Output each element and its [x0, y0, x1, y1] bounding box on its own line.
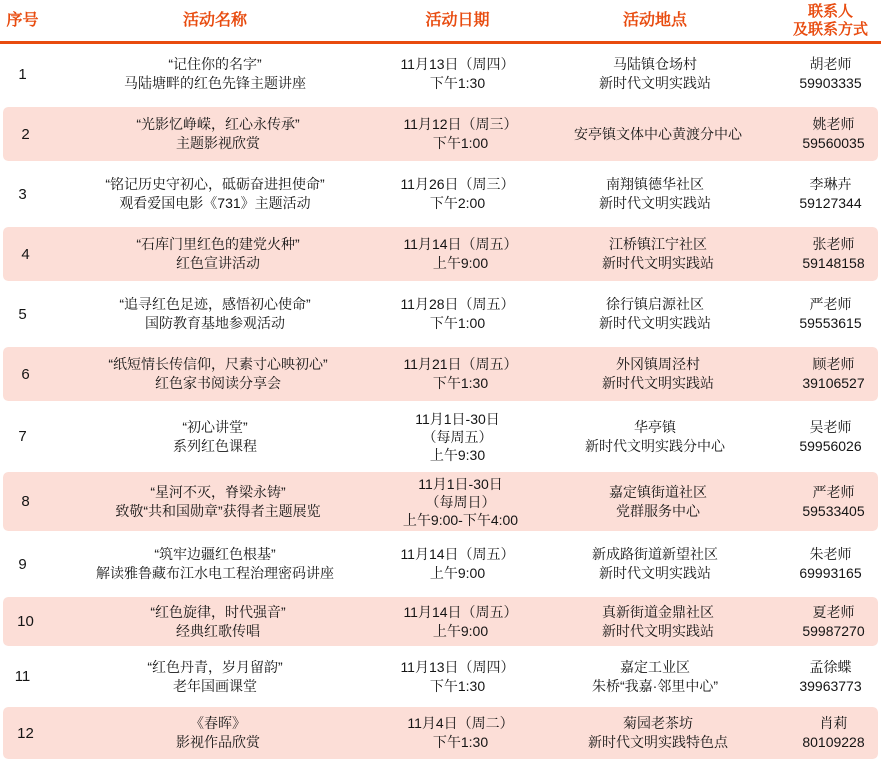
text-line: 上午9:00 [390, 622, 531, 641]
row-number: 6 [3, 365, 48, 384]
activity-name: “铭记历史守初心，砥砺奋进担使命”观看爱国电影《731》主题活动 [45, 175, 385, 213]
text-line: 南翔镇德华社区 [532, 175, 778, 194]
table-row: 8“星河不灭，脊梁永铸”致敬“共和国勋章”获得者主题展览11月1日-30日（每周… [0, 469, 881, 534]
table-row: 1“记住你的名字”马陆塘畔的红色先锋主题讲座11月13日（周四）下午1:30马陆… [0, 44, 881, 104]
text-line: （每周五） [387, 428, 528, 446]
activity-place: 南翔镇德华社区新时代文明实践站 [530, 175, 780, 213]
header-col-name: 活动名称 [45, 11, 385, 30]
text-line: 朱桥“我嘉·邻里中心” [532, 677, 778, 696]
text-line: 11 [2, 667, 43, 686]
text-line: “石库门里红色的建党火种” [50, 235, 386, 254]
text-line: 江桥镇江宁社区 [535, 235, 781, 254]
contact-info: 张老师59148158 [783, 235, 881, 273]
activity-date: 11月13日（周四）下午1:30 [385, 658, 530, 696]
contact-info: 肖莉80109228 [783, 714, 881, 752]
text-line: 59903335 [782, 74, 879, 93]
text-line: 李琳卉 [782, 175, 879, 194]
row-number: 12 [3, 724, 48, 743]
contact-info: 顾老师39106527 [783, 355, 881, 393]
text-line: 2 [5, 125, 46, 144]
table-header: 序号 活动名称 活动日期 活动地点 联系人 及联系方式 [0, 0, 881, 41]
text-line: “铭记历史守初心，砥砺奋进担使命” [47, 175, 383, 194]
activity-place: 外冈镇周泾村新时代文明实践站 [533, 355, 783, 393]
row-number: 10 [3, 612, 48, 631]
text-line: 《春晖》 [50, 714, 386, 733]
text-line: 11月12日（周三） [390, 115, 531, 134]
text-line: 吴老师 [782, 418, 879, 437]
contact-info: 吴老师59956026 [780, 418, 881, 456]
text-line: 严老师 [782, 295, 879, 314]
text-line: 59560035 [785, 134, 881, 153]
text-line: 4 [5, 245, 46, 264]
table-row: 12《春晖》影视作品欣赏11月4日（周二）下午1:30菊园老茶坊新时代文明实践特… [0, 704, 881, 762]
text-line: 新时代文明实践站 [535, 622, 781, 641]
text-line: 6 [5, 365, 46, 384]
row-number: 5 [0, 305, 45, 324]
text-line: 顾老师 [785, 355, 881, 374]
activity-date: 11月14日（周五）上午9:00 [388, 603, 533, 641]
text-line: 朱老师 [782, 545, 879, 564]
text-line: 11月13日（周四） [387, 55, 528, 74]
activity-name: “星河不灭，脊梁永铸”致敬“共和国勋章”获得者主题展览 [48, 483, 388, 521]
activity-date: 11月28日（周五）下午1:00 [385, 295, 530, 333]
header-contact-line2: 及联系方式 [780, 21, 881, 39]
text-line: “追寻红色足迹，感悟初心使命” [47, 295, 383, 314]
text-line: 69993165 [782, 564, 879, 583]
activity-date: 11月14日（周五）上午9:00 [388, 235, 533, 273]
text-line: 下午1:30 [387, 74, 528, 93]
text-line: 9 [2, 555, 43, 574]
activity-name: “追寻红色足迹，感悟初心使命”国防教育基地参观活动 [45, 295, 385, 333]
text-line: 马陆塘畔的红色先锋主题讲座 [47, 74, 383, 93]
text-line: 新时代文明实践站 [535, 374, 781, 393]
text-line: 夏老师 [785, 603, 881, 622]
text-line: 嘉定镇街道社区 [535, 483, 781, 502]
text-line: 姚老师 [785, 115, 881, 134]
text-line: 致敬“共和国勋章”获得者主题展览 [50, 502, 386, 521]
text-line: 菊园老茶坊 [535, 714, 781, 733]
text-line: 59956026 [782, 437, 879, 456]
row-number: 8 [3, 492, 48, 511]
activity-place: 新成路街道新望社区新时代文明实践站 [530, 545, 780, 583]
text-line: 8 [5, 492, 46, 511]
text-line: 红色家书阅读分享会 [50, 374, 386, 393]
text-line: 11月13日（周四） [387, 658, 528, 677]
activity-place: 菊园老茶坊新时代文明实践特色点 [533, 714, 783, 752]
activity-date: 11月14日（周五）上午9:00 [385, 545, 530, 583]
activity-name: “纸短情长传信仰，尺素寸心映初心”红色家书阅读分享会 [48, 355, 388, 393]
text-line: 真新街道金鼎社区 [535, 603, 781, 622]
text-line: 7 [2, 427, 43, 446]
text-line: 观看爱国电影《731》主题活动 [47, 194, 383, 213]
text-line: 11月1日-30日 [387, 410, 528, 428]
activity-place: 真新街道金鼎社区新时代文明实践站 [533, 603, 783, 641]
text-line: 胡老师 [782, 55, 879, 74]
text-line: 下午1:30 [387, 677, 528, 696]
text-line: 下午1:30 [390, 733, 531, 752]
text-line: 华亭镇 [532, 418, 778, 437]
activity-name: “石库门里红色的建党火种”红色宣讲活动 [48, 235, 388, 273]
text-line: 12 [5, 724, 46, 743]
text-line: 1 [2, 65, 43, 84]
table-row: 9“筑牢边疆红色根基”解读雅鲁藏布江水电工程治理密码讲座11月14日（周五）上午… [0, 534, 881, 594]
text-line: 下午2:00 [387, 194, 528, 213]
text-line: 5 [2, 305, 43, 324]
activity-date: 11月4日（周二）下午1:30 [388, 714, 533, 752]
text-line: 张老师 [785, 235, 881, 254]
activity-date: 11月13日（周四）下午1:30 [385, 55, 530, 93]
contact-info: 严老师59533405 [783, 483, 881, 521]
text-line: 外冈镇周泾村 [535, 355, 781, 374]
activity-schedule-table: 序号 活动名称 活动日期 活动地点 联系人 及联系方式 1“记住你的名字”马陆塘… [0, 0, 881, 763]
text-line: “初心讲堂” [47, 418, 383, 437]
text-line: 59553615 [782, 314, 879, 333]
activity-date: 11月1日-30日（每周五）上午9:30 [385, 410, 530, 464]
activity-date: 11月12日（周三）下午1:00 [388, 115, 533, 153]
contact-info: 李琳卉59127344 [780, 175, 881, 213]
text-line: 孟徐蝶 [782, 658, 879, 677]
activity-place: 徐行镇启源社区新时代文明实践站 [530, 295, 780, 333]
text-line: 解读雅鲁藏布江水电工程治理密码讲座 [47, 564, 383, 583]
activity-date: 11月21日（周五）下午1:30 [388, 355, 533, 393]
text-line: 老年国画课堂 [47, 677, 383, 696]
text-line: 11月1日-30日 [390, 475, 531, 493]
text-line: 上午9:30 [387, 446, 528, 464]
row-number: 11 [0, 667, 45, 686]
activity-date: 11月1日-30日（每周日）上午9:00-下午4:00 [388, 475, 533, 529]
activity-date: 11月26日（周三）下午2:00 [385, 175, 530, 213]
text-line: 80109228 [785, 733, 881, 752]
contact-info: 夏老师59987270 [783, 603, 881, 641]
text-line: 11月4日（周二） [390, 714, 531, 733]
activity-place: 嘉定工业区朱桥“我嘉·邻里中心” [530, 658, 780, 696]
activity-name: “红色旋律，时代强音”经典红歌传唱 [48, 603, 388, 641]
activity-place: 嘉定镇街道社区党群服务中心 [533, 483, 783, 521]
text-line: 安亭镇文体中心黄渡分中心 [535, 125, 781, 144]
text-line: 11月26日（周三） [387, 175, 528, 194]
table-row: 7“初心讲堂”系列红色课程11月1日-30日（每周五）上午9:30华亭镇新时代文… [0, 404, 881, 469]
text-line: “红色旋律，时代强音” [50, 603, 386, 622]
row-number: 3 [0, 185, 45, 204]
text-line: 新时代文明实践站 [532, 194, 778, 213]
header-col-place: 活动地点 [530, 11, 780, 30]
text-line: 59987270 [785, 622, 881, 641]
contact-info: 朱老师69993165 [780, 545, 881, 583]
text-line: 肖莉 [785, 714, 881, 733]
row-number: 2 [3, 125, 48, 144]
text-line: “红色丹青，岁月留韵” [47, 658, 383, 677]
table-row: 5“追寻红色足迹，感悟初心使命”国防教育基地参观活动11月28日（周五）下午1:… [0, 284, 881, 344]
text-line: 11月28日（周五） [387, 295, 528, 314]
activity-name: 《春晖》影视作品欣赏 [48, 714, 388, 752]
text-line: 系列红色课程 [47, 437, 383, 456]
activity-place: 华亭镇新时代文明实践分中心 [530, 418, 780, 456]
text-line: 新时代文明实践站 [532, 314, 778, 333]
header-col-contact: 联系人 及联系方式 [780, 3, 881, 39]
text-line: 3 [2, 185, 43, 204]
text-line: “星河不灭，脊梁永铸” [50, 483, 386, 502]
text-line: 新时代文明实践分中心 [532, 437, 778, 456]
row-number: 9 [0, 555, 45, 574]
text-line: 上午9:00 [387, 564, 528, 583]
text-line: 上午9:00 [390, 254, 531, 273]
activity-name: “红色丹青，岁月留韵”老年国画课堂 [45, 658, 385, 696]
text-line: 59533405 [785, 502, 881, 521]
text-line: 党群服务中心 [535, 502, 781, 521]
text-line: 39963773 [782, 677, 879, 696]
header-col-no: 序号 [0, 11, 45, 30]
row-number: 7 [0, 427, 45, 446]
activity-name: “记住你的名字”马陆塘畔的红色先锋主题讲座 [45, 55, 385, 93]
table-row: 11“红色丹青，岁月留韵”老年国画课堂11月13日（周四）下午1:30嘉定工业区… [0, 649, 881, 704]
header-contact-line1: 联系人 [780, 3, 881, 21]
text-line: 新时代文明实践特色点 [535, 733, 781, 752]
table-row: 10“红色旋律，时代强音”经典红歌传唱11月14日（周五）上午9:00真新街道金… [0, 594, 881, 649]
text-line: 10 [5, 612, 46, 631]
activity-place: 马陆镇仓场村新时代文明实践站 [530, 55, 780, 93]
text-line: 新成路街道新望社区 [532, 545, 778, 564]
text-line: “纸短情长传信仰，尺素寸心映初心” [50, 355, 386, 374]
text-line: 主题影视欣赏 [50, 134, 386, 153]
text-line: “筑牢边疆红色根基” [47, 545, 383, 564]
table-body: 1“记住你的名字”马陆塘畔的红色先锋主题讲座11月13日（周四）下午1:30马陆… [0, 44, 881, 762]
text-line: 11月14日（周五） [390, 603, 531, 622]
table-row: 6“纸短情长传信仰，尺素寸心映初心”红色家书阅读分享会11月21日（周五）下午1… [0, 344, 881, 404]
activity-name: “光影忆峥嵘，红心永传承”主题影视欣赏 [48, 115, 388, 153]
text-line: 上午9:00-下午4:00 [390, 511, 531, 529]
text-line: 11月14日（周五） [390, 235, 531, 254]
text-line: 严老师 [785, 483, 881, 502]
text-line: 徐行镇启源社区 [532, 295, 778, 314]
text-line: 影视作品欣赏 [50, 733, 386, 752]
text-line: 下午1:30 [390, 374, 531, 393]
text-line: “光影忆峥嵘，红心永传承” [50, 115, 386, 134]
contact-info: 严老师59553615 [780, 295, 881, 333]
text-line: 下午1:00 [390, 134, 531, 153]
text-line: 39106527 [785, 374, 881, 393]
activity-name: “筑牢边疆红色根基”解读雅鲁藏布江水电工程治理密码讲座 [45, 545, 385, 583]
row-number: 4 [3, 245, 48, 264]
table-row: 3“铭记历史守初心，砥砺奋进担使命”观看爱国电影《731》主题活动11月26日（… [0, 164, 881, 224]
contact-info: 胡老师59903335 [780, 55, 881, 93]
table-row: 4“石库门里红色的建党火种”红色宣讲活动11月14日（周五）上午9:00江桥镇江… [0, 224, 881, 284]
text-line: “记住你的名字” [47, 55, 383, 74]
contact-info: 姚老师59560035 [783, 115, 881, 153]
activity-place: 安亭镇文体中心黄渡分中心 [533, 125, 783, 144]
table-row: 2“光影忆峥嵘，红心永传承”主题影视欣赏11月12日（周三）下午1:00安亭镇文… [0, 104, 881, 164]
text-line: 国防教育基地参观活动 [47, 314, 383, 333]
text-line: 新时代文明实践站 [532, 564, 778, 583]
contact-info: 孟徐蝶39963773 [780, 658, 881, 696]
activity-place: 江桥镇江宁社区新时代文明实践站 [533, 235, 783, 273]
row-number: 1 [0, 65, 45, 84]
text-line: 59127344 [782, 194, 879, 213]
text-line: 新时代文明实践站 [532, 74, 778, 93]
text-line: 嘉定工业区 [532, 658, 778, 677]
text-line: 11月14日（周五） [387, 545, 528, 564]
text-line: 11月21日（周五） [390, 355, 531, 374]
text-line: 59148158 [785, 254, 881, 273]
text-line: 马陆镇仓场村 [532, 55, 778, 74]
text-line: （每周日） [390, 493, 531, 511]
text-line: 下午1:00 [387, 314, 528, 333]
header-col-date: 活动日期 [385, 11, 530, 30]
text-line: 经典红歌传唱 [50, 622, 386, 641]
activity-name: “初心讲堂”系列红色课程 [45, 418, 385, 456]
text-line: 红色宣讲活动 [50, 254, 386, 273]
text-line: 新时代文明实践站 [535, 254, 781, 273]
